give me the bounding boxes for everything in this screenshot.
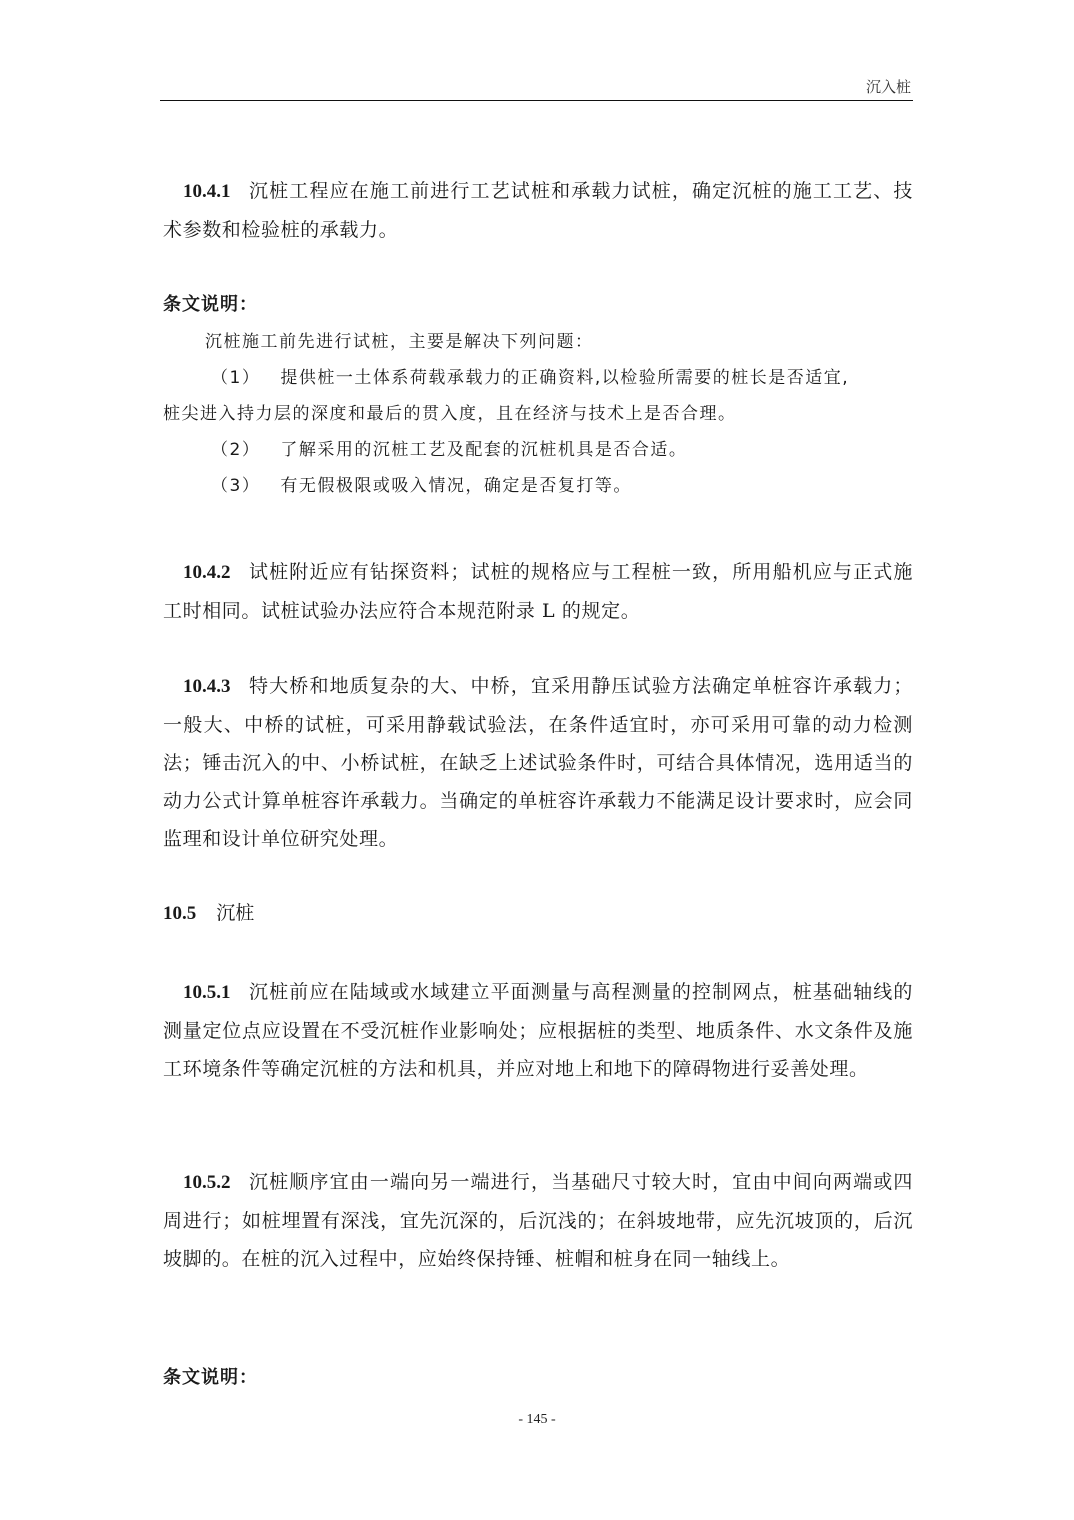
item-number: （3）: [211, 476, 260, 496]
header-title: 沉入桩: [866, 76, 911, 97]
clause-number: 10.4.2: [183, 562, 231, 583]
item-text: 有无假极限或吸入情况，确定是否复打等。: [280, 476, 632, 496]
clause-number: 10.5.1: [183, 982, 231, 1003]
item-number: （2）: [211, 440, 260, 460]
section-title: 沉桩: [216, 902, 254, 924]
clause-number: 10.4.3: [183, 676, 231, 697]
section-number: 10.5: [163, 903, 196, 924]
note-title: 条文说明：: [163, 290, 258, 316]
note-item-1: （1）提供桩一土体系荷载承载力的正确资料,以检验所需要的桩长是否适宜,: [163, 360, 913, 396]
clause-text: 沉桩前应在陆域或水域建立平面测量与高程测量的控制网点，桩基础轴线的测量定位点应设…: [163, 981, 913, 1080]
note-item-3: （3）有无假极限或吸入情况，确定是否复打等。: [163, 468, 913, 504]
clause-number: 10.4.1: [183, 181, 231, 202]
note-title-2: 条文说明：: [163, 1363, 258, 1389]
page-number: - 145 -: [0, 1412, 1074, 1428]
clause-10-5-1: 10.5.1沉桩前应在陆域或水域建立平面测量与高程测量的控制网点，桩基础轴线的测…: [163, 973, 913, 1088]
clause-text: 沉桩工程应在施工前进行工艺试桩和承载力试桩，确定沉桩的施工工艺、技术参数和检验桩…: [163, 180, 913, 241]
item-text: 了解采用的沉桩工艺及配套的沉桩机具是否合适。: [280, 440, 687, 460]
item-number: （1）: [211, 368, 260, 388]
note-body: 沉桩施工前先进行试桩，主要是解决下列问题： （1）提供桩一土体系荷载承载力的正确…: [163, 324, 913, 504]
clause-10-4-3: 10.4.3特大桥和地质复杂的大、中桥，宜采用静压试验方法确定单桩容许承载力；一…: [163, 667, 913, 858]
clause-10-5-2: 10.5.2沉桩顺序宜由一端向另一端进行，当基础尺寸较大时，宜由中间向两端或四周…: [163, 1163, 913, 1278]
section-heading: 10.5沉桩: [163, 898, 254, 925]
note-item-1-continuation: 桩尖进入持力层的深度和最后的贯入度，且在经济与技术上是否合理。: [163, 396, 913, 432]
note-intro: 沉桩施工前先进行试桩，主要是解决下列问题：: [163, 324, 913, 360]
clause-10-4-1: 10.4.1沉桩工程应在施工前进行工艺试桩和承载力试桩，确定沉桩的施工工艺、技术…: [163, 172, 913, 249]
clause-text: 特大桥和地质复杂的大、中桥，宜采用静压试验方法确定单桩容许承载力；一般大、中桥的…: [163, 675, 913, 850]
clause-text: 沉桩顺序宜由一端向另一端进行，当基础尺寸较大时，宜由中间向两端或四周进行；如桩埋…: [163, 1171, 913, 1270]
clause-10-4-2: 10.4.2试桩附近应有钻探资料；试桩的规格应与工程桩一致，所用船机应与正式施工…: [163, 553, 913, 630]
item-text: 提供桩一土体系荷载承载力的正确资料,以检验所需要的桩长是否适宜,: [280, 368, 849, 388]
page-header: 沉入桩: [160, 74, 913, 101]
clause-number: 10.5.2: [183, 1172, 231, 1193]
clause-text: 试桩附近应有钻探资料；试桩的规格应与工程桩一致，所用船机应与正式施工时相同。试桩…: [163, 561, 913, 622]
note-item-2: （2）了解采用的沉桩工艺及配套的沉桩机具是否合适。: [163, 432, 913, 468]
